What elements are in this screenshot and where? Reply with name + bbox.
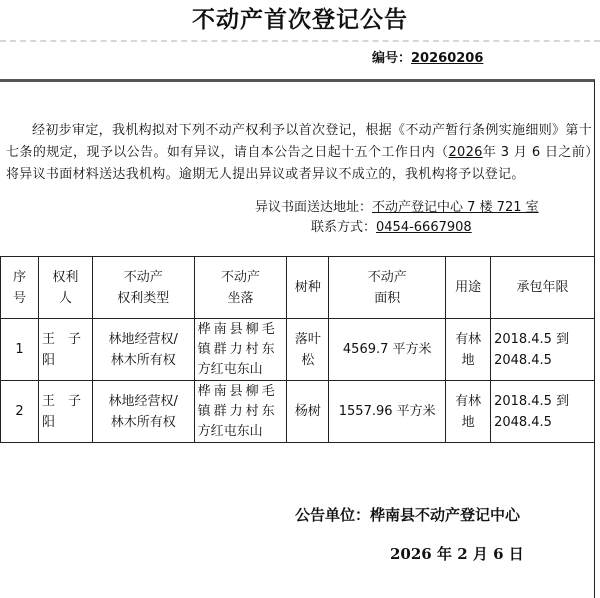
cell-use: 有林地: [446, 381, 491, 443]
cell-use: 有林地: [446, 319, 491, 381]
cell-holder: 王 子阳: [38, 319, 92, 381]
serial-number: 编号：20260206: [372, 49, 483, 69]
cell-location: 桦南县柳毛镇群力村东方红屯东山: [194, 319, 287, 381]
table-row: 2 王 子阳 林地经营权/林木所有权 桦南县柳毛镇群力村东方红屯东山 杨树 15…: [1, 381, 595, 443]
contact-label: 联系方式：: [311, 220, 376, 235]
table-row: 1 王 子阳 林地经营权/林木所有权 桦南县柳毛镇群力村东方红屯东山 落叶松 4…: [1, 319, 595, 381]
para-year: 2026: [448, 145, 482, 160]
table-header-row: 序号 权利人 不动产权利类型 不动产坐落 树种 不动产面积 用途 承包年限: [1, 257, 595, 319]
header-right-type: 不动产权利类型: [92, 257, 194, 319]
notice-paragraph: 经初步审定，我机构拟对下列不动产权利予以首次登记，根据《不动产暂行条例实施细则》…: [6, 120, 592, 186]
cell-location: 桦南县柳毛镇群力村东方红屯东山: [194, 381, 287, 443]
unit-name: 桦南县不动产登记中心: [370, 506, 520, 524]
address-label: 异议书面送达地址：: [255, 200, 372, 215]
header-use: 用途: [446, 257, 491, 319]
issue-date: 2026 年 2 月 6 日: [390, 543, 524, 565]
header-location: 不动产坐落: [194, 257, 287, 319]
issuing-unit: 公告单位：桦南县不动产登记中心: [295, 504, 520, 526]
notice-title: 不动产首次登记公告: [0, 4, 600, 36]
header-holder: 权利人: [38, 257, 92, 319]
cell-holder: 王 子阳: [38, 381, 92, 443]
address-value: 不动产登记中心 7 楼 721 室: [372, 200, 539, 215]
contact-value: 0454-6667908: [376, 220, 472, 235]
property-table: 序号 权利人 不动产权利类型 不动产坐落 树种 不动产面积 用途 承包年限 1 …: [0, 256, 595, 443]
cell-right-type: 林地经营权/林木所有权: [92, 381, 194, 443]
cell-seq: 1: [1, 319, 39, 381]
header-tree: 树种: [287, 257, 329, 319]
header-seq: 序号: [1, 257, 39, 319]
unit-label: 公告单位：: [295, 506, 370, 524]
cell-term: 2018.4.5 到2048.4.5: [491, 381, 595, 443]
dashed-divider: [0, 40, 600, 42]
cell-tree: 杨树: [287, 381, 329, 443]
header-area: 不动产面积: [329, 257, 446, 319]
cell-term: 2018.4.5 到2048.4.5: [491, 319, 595, 381]
contact-info: 联系方式：0454-6667908: [311, 218, 472, 238]
cell-seq: 2: [1, 381, 39, 443]
cell-area: 4569.7 平方米: [329, 319, 446, 381]
serial-label: 编号：: [372, 51, 411, 66]
serial-value: 20260206: [411, 51, 483, 66]
cell-area: 1557.96 平方米: [329, 381, 446, 443]
header-term: 承包年限: [491, 257, 595, 319]
objection-address: 异议书面送达地址：不动产登记中心 7 楼 721 室: [255, 198, 539, 218]
cell-tree: 落叶松: [287, 319, 329, 381]
cell-right-type: 林地经营权/林木所有权: [92, 319, 194, 381]
